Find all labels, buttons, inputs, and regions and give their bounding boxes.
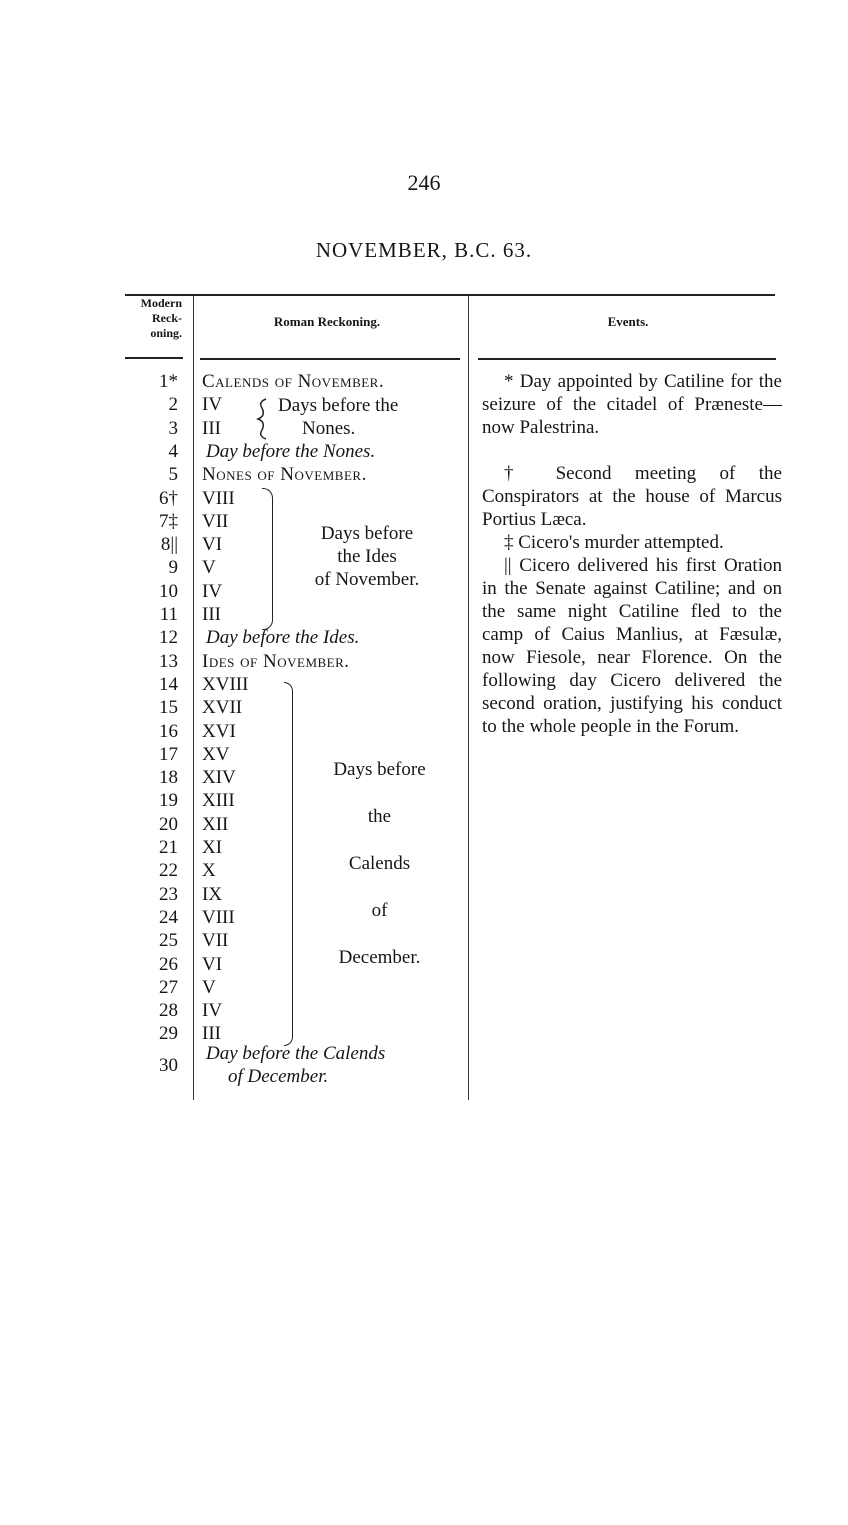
page-number: 246 xyxy=(0,170,848,196)
roman-reckoning-cell: XIII xyxy=(202,789,235,812)
event-note-asterisk: * Day appointed by Catiline for the seiz… xyxy=(482,370,782,439)
modern-day-number: 12 xyxy=(120,626,178,649)
table-top-rule xyxy=(125,294,775,296)
modern-day-number: 9 xyxy=(120,556,178,579)
footnote-mark: † xyxy=(169,488,179,509)
roman-reckoning-cell: III xyxy=(202,603,221,626)
modern-day-number: 11 xyxy=(120,603,178,626)
ides-brace-icon xyxy=(262,488,273,630)
modern-day-number: 24 xyxy=(120,906,178,929)
roman-reckoning-cell: Calends of November. xyxy=(202,370,384,393)
roman-reckoning-cell: Ides of November. xyxy=(202,650,350,673)
modern-day-number: 18 xyxy=(120,766,178,789)
footnote-mark: * xyxy=(169,371,179,392)
roman-reckoning-cell: VI xyxy=(202,533,222,556)
roman-reckoning-cell: V xyxy=(202,976,216,999)
modern-day-number: 15 xyxy=(120,696,178,719)
roman-reckoning-cell: VIII xyxy=(202,487,235,510)
roman-reckoning-cell: XVI xyxy=(202,720,236,743)
roman-reckoning-cell: XV xyxy=(202,743,229,766)
column-divider-1 xyxy=(193,296,194,1100)
nones-group-label: Days before the Nones. xyxy=(278,394,438,440)
roman-reckoning-cell: XIV xyxy=(202,766,236,789)
modern-day-number: 20 xyxy=(120,813,178,836)
roman-header-rule xyxy=(200,358,460,360)
modern-day-number: 19 xyxy=(120,789,178,812)
roman-reckoning-cell: Day before the Nones. xyxy=(206,440,375,463)
modern-day-number: 28 xyxy=(120,999,178,1022)
header-roman-reckoning: Roman Reckoning. xyxy=(196,314,458,330)
modern-day-number: 27 xyxy=(120,976,178,999)
header-events: Events. xyxy=(478,314,778,330)
roman-reckoning-cell: IV xyxy=(202,393,222,416)
modern-day-number: 10 xyxy=(120,580,178,603)
event-note-dagger: † Second meeting of the Conspirators at … xyxy=(482,462,782,531)
events-notes: * Day appointed by Catiline for the seiz… xyxy=(482,370,782,738)
roman-reckoning-cell: VIII xyxy=(202,906,235,929)
events-header-rule xyxy=(478,358,776,360)
roman-reckoning-cell: V xyxy=(202,556,216,579)
roman-reckoning-cell: XI xyxy=(202,836,222,859)
roman-reckoning-cell: VII xyxy=(202,929,228,952)
roman-reckoning-cell: VI xyxy=(202,953,222,976)
calends-brace-icon xyxy=(284,682,293,1046)
modern-day-number: 17 xyxy=(120,743,178,766)
roman-reckoning-cell: XII xyxy=(202,813,228,836)
modern-day-number: 5 xyxy=(120,463,178,486)
footnote-mark: || xyxy=(170,534,178,555)
roman-reckoning-cell: X xyxy=(202,859,216,882)
modern-header-rule xyxy=(125,357,183,359)
modern-day-number: 22 xyxy=(120,859,178,882)
ides-group-label: Days before the Ides of November. xyxy=(292,522,442,591)
roman-reckoning-cell: VII xyxy=(202,510,228,533)
modern-day-number: 6† xyxy=(120,487,178,510)
calends-group-label: Days before the Calends of December. xyxy=(312,746,447,981)
roman-reckoning-cell: Day before the Ides. xyxy=(206,626,359,649)
page-title: NOVEMBER, B.C. 63. xyxy=(0,238,848,263)
roman-reckoning-cell: Nones of November. xyxy=(202,463,367,486)
roman-reckoning-cell: XVII xyxy=(202,696,242,719)
header-modern-reckoning: Modern Reck- oning. xyxy=(120,296,182,341)
roman-reckoning-cell: IX xyxy=(202,883,222,906)
modern-day-number: 29 xyxy=(120,1022,178,1045)
event-note-double-dagger: ‡ Cicero's murder attempted. xyxy=(482,531,782,554)
nones-brace-icon xyxy=(256,398,260,438)
modern-day-number: 16 xyxy=(120,720,178,743)
column-divider-2 xyxy=(468,296,469,1100)
modern-day-number: 30 xyxy=(120,1054,178,1077)
roman-reckoning-cell: Day before the Calendsof December. xyxy=(206,1042,385,1088)
roman-reckoning-cell: IV xyxy=(202,999,222,1022)
modern-day-number: 25 xyxy=(120,929,178,952)
modern-day-number: 4 xyxy=(120,440,178,463)
modern-day-number: 3 xyxy=(120,417,178,440)
modern-day-number: 23 xyxy=(120,883,178,906)
roman-reckoning-cell: III xyxy=(202,417,221,440)
modern-day-number: 1* xyxy=(120,370,178,393)
modern-day-number: 21 xyxy=(120,836,178,859)
footnote-mark: ‡ xyxy=(169,511,179,532)
roman-reckoning-cell: IV xyxy=(202,580,222,603)
modern-day-number: 8|| xyxy=(120,533,178,556)
modern-day-number: 7‡ xyxy=(120,510,178,533)
modern-day-number: 13 xyxy=(120,650,178,673)
roman-reckoning-cell: XVIII xyxy=(202,673,248,696)
modern-day-number: 14 xyxy=(120,673,178,696)
event-note-parallel: || Cicero delivered his first Oration in… xyxy=(482,554,782,738)
modern-day-number: 2 xyxy=(120,393,178,416)
modern-day-number: 26 xyxy=(120,953,178,976)
